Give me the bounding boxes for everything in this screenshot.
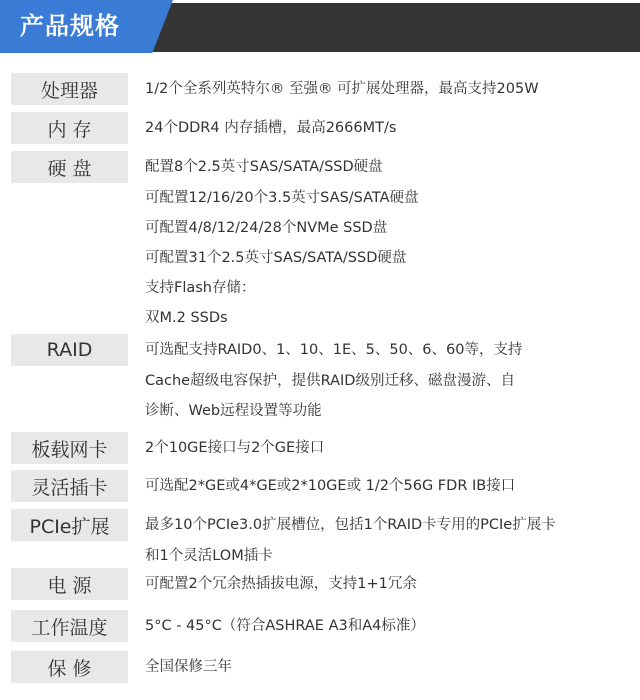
spec-values: 可配置2个冗余热插拔电源，支持1+1冗余	[145, 568, 625, 600]
spec-label: PCIe扩展	[11, 509, 128, 541]
spec-value-line: 可配置2个冗余热插拔电源，支持1+1冗余	[145, 568, 625, 600]
spec-values: 可选配支持RAID0、1、10、1E、5、50、6、60等，支持Cache超级电…	[145, 334, 625, 426]
spec-label: 电 源	[11, 568, 128, 600]
section-header: 产品规格	[0, 0, 640, 56]
spec-value-line: 最多10个PCIe3.0扩展槽位，包括1个RAID卡专用的PCIe扩展卡	[145, 509, 625, 541]
spec-value-line: 1/2个全系列英特尔® 至强® 可扩展处理器，最高支持205W	[145, 73, 625, 105]
spec-values: 2个10GE接口与2个GE接口	[145, 432, 625, 464]
page-title: 产品规格	[20, 8, 120, 44]
spec-value-line: Cache超级电容保护，提供RAID级别迁移、磁盘漫游、自	[145, 366, 625, 396]
spec-values: 24个DDR4 内存插槽，最高2666MT/s	[145, 112, 625, 144]
spec-value-line: 诊断、Web远程设置等功能	[145, 396, 625, 426]
spec-label: 工作温度	[11, 610, 128, 642]
spec-values: 1/2个全系列英特尔® 至强® 可扩展处理器，最高支持205W	[145, 73, 625, 105]
spec-value-line: 5°C - 45°C（符合ASHRAE A3和A4标准）	[145, 610, 625, 642]
spec-value-line: 可配置12/16/20个3.5英寸SAS/SATA硬盘	[145, 183, 625, 213]
spec-value-line: 支持Flash存储：	[145, 273, 625, 303]
spec-label: 灵活插卡	[11, 470, 128, 502]
spec-values: 全国保修三年	[145, 651, 625, 683]
spec-value-line: 可配置4/8/12/24/28个NVMe SSD盘	[145, 213, 625, 243]
spec-value-line: 2个10GE接口与2个GE接口	[145, 432, 625, 464]
spec-label: RAID	[11, 334, 128, 366]
spec-values: 配置8个2.5英寸SAS/SATA/SSD硬盘可配置12/16/20个3.5英寸…	[145, 151, 625, 333]
spec-label: 处理器	[11, 73, 128, 105]
spec-value-line: 和1个灵活LOM插卡	[145, 541, 625, 571]
spec-value-line: 24个DDR4 内存插槽，最高2666MT/s	[145, 112, 625, 144]
spec-label: 板载网卡	[11, 432, 128, 464]
spec-label: 内 存	[11, 112, 128, 144]
header-title-tab: 产品规格	[0, 0, 173, 53]
spec-value-line: 可选配支持RAID0、1、10、1E、5、50、6、60等，支持	[145, 334, 625, 366]
spec-values: 5°C - 45°C（符合ASHRAE A3和A4标准）	[145, 610, 625, 642]
spec-value-line: 可选配2*GE或4*GE或2*10GE或 1/2个56G FDR IB接口	[145, 470, 625, 502]
spec-label: 硬 盘	[11, 151, 128, 183]
spec-label: 保 修	[11, 651, 128, 683]
spec-value-line: 全国保修三年	[145, 651, 625, 683]
spec-values: 最多10个PCIe3.0扩展槽位，包括1个RAID卡专用的PCIe扩展卡和1个灵…	[145, 509, 625, 571]
spec-value-line: 可配置31个2.5英寸SAS/SATA/SSD硬盘	[145, 243, 625, 273]
spec-value-line: 双M.2 SSDs	[145, 303, 625, 333]
spec-value-line: 配置8个2.5英寸SAS/SATA/SSD硬盘	[145, 151, 625, 183]
spec-values: 可选配2*GE或4*GE或2*10GE或 1/2个56G FDR IB接口	[145, 470, 625, 502]
